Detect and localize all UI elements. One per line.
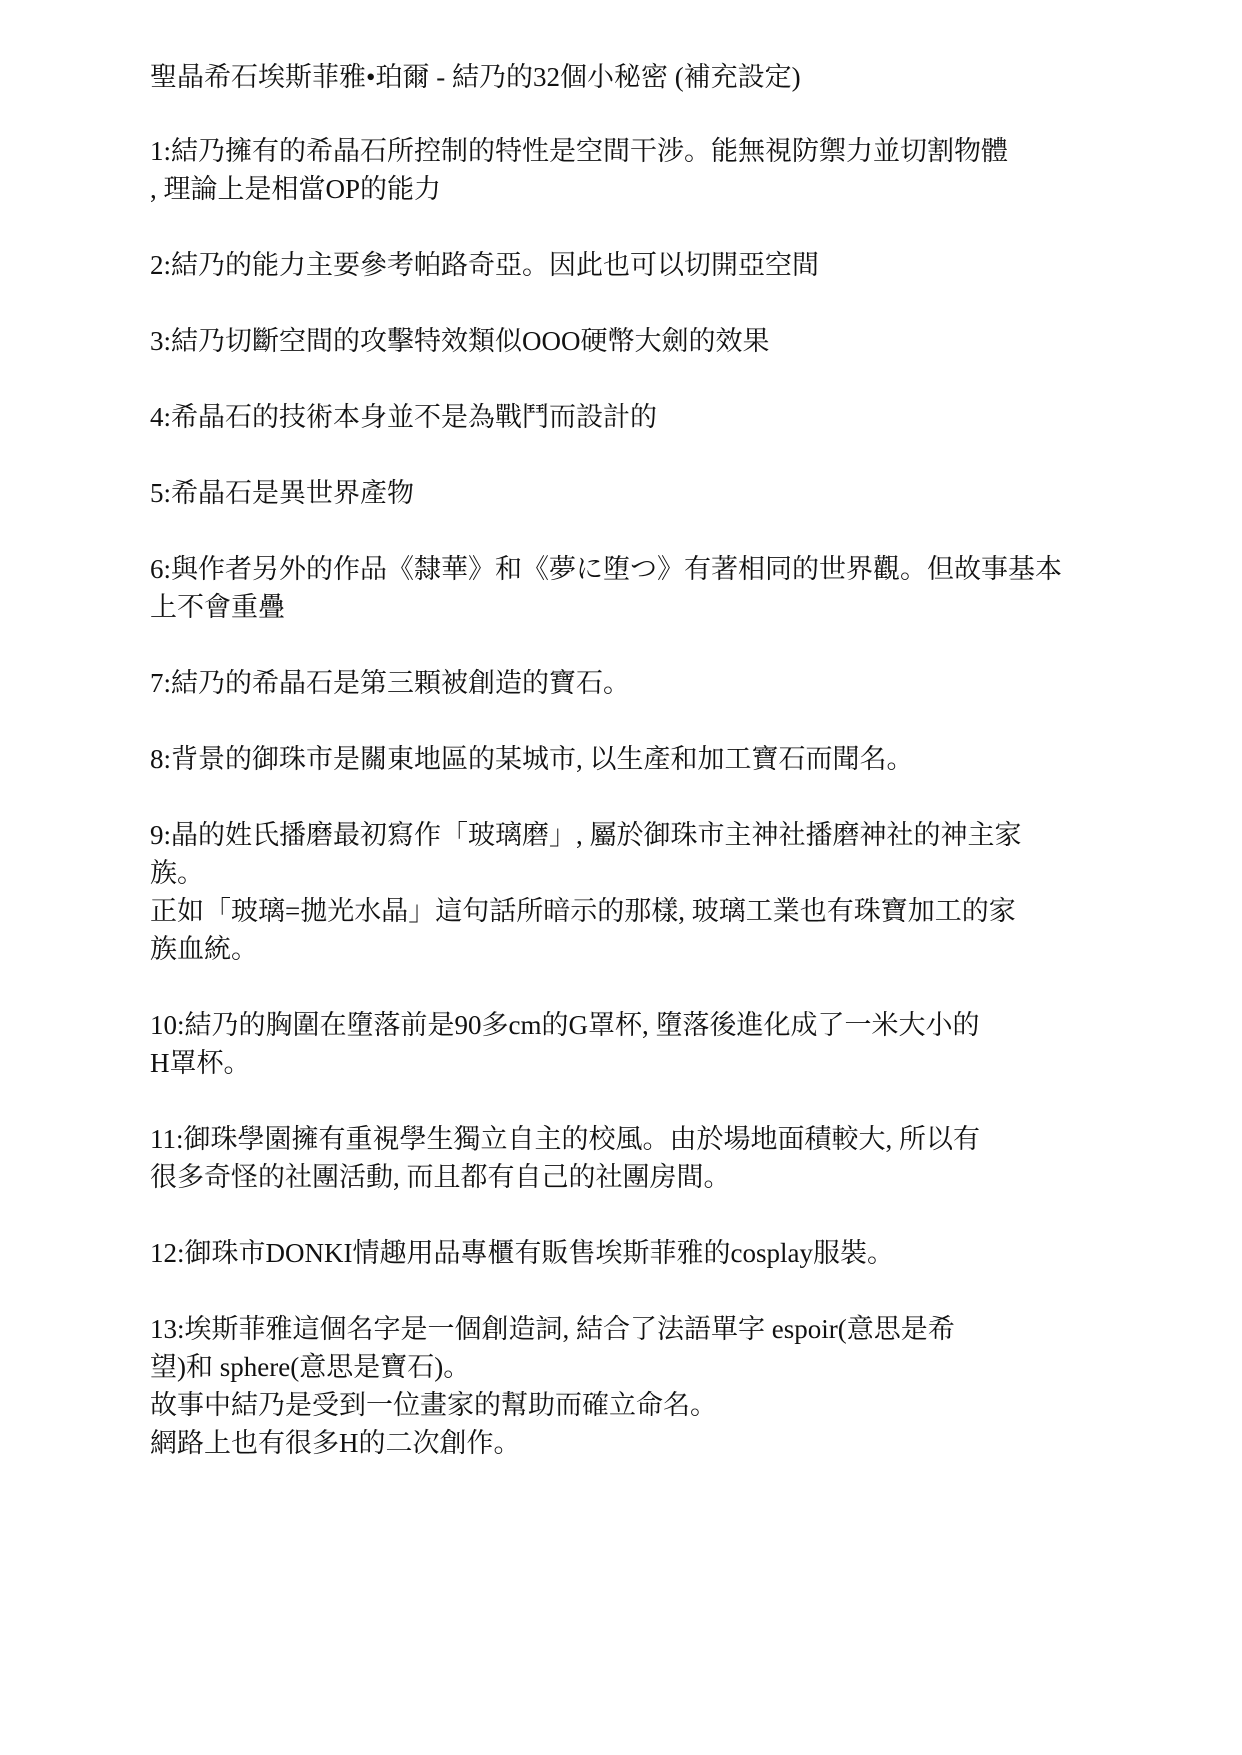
secret-item-13: 13:埃斯菲雅這個名字是一個創造詞, 結合了法語單字 espoir(意思是希 望… bbox=[150, 1310, 1100, 1462]
item-line: H罩杯。 bbox=[150, 1044, 1100, 1082]
item-line: 3:結乃切斷空間的攻擊特效類似OOO硬幣大劍的效果 bbox=[150, 322, 1100, 360]
item-line: 7:結乃的希晶石是第三顆被創造的寶石。 bbox=[150, 664, 1100, 702]
secret-item-3: 3:結乃切斷空間的攻擊特效類似OOO硬幣大劍的效果 bbox=[150, 322, 1100, 360]
secret-item-10: 10:結乃的胸圍在墮落前是90多cm的G罩杯, 墮落後進化成了一米大小的 H罩杯… bbox=[150, 1006, 1100, 1082]
secret-item-6: 6:與作者另外的作品《隸華》和《夢に堕つ》有著相同的世界觀。但故事基本 上不會重… bbox=[150, 550, 1100, 626]
item-line: 望)和 sphere(意思是寶石)。 bbox=[150, 1348, 1100, 1386]
item-line: 族血統。 bbox=[150, 930, 1100, 968]
item-line: 11:御珠學園擁有重視學生獨立自主的校風。由於場地面積較大, 所以有 bbox=[150, 1120, 1100, 1158]
item-line: 13:埃斯菲雅這個名字是一個創造詞, 結合了法語單字 espoir(意思是希 bbox=[150, 1310, 1100, 1348]
item-line: 5:希晶石是異世界產物 bbox=[150, 474, 1100, 512]
secret-item-5: 5:希晶石是異世界產物 bbox=[150, 474, 1100, 512]
item-line: 8:背景的御珠市是關東地區的某城市, 以生產和加工寶石而聞名。 bbox=[150, 740, 1100, 778]
item-line: 6:與作者另外的作品《隸華》和《夢に堕つ》有著相同的世界觀。但故事基本 bbox=[150, 550, 1100, 588]
document-page: 聖晶希石埃斯菲雅•珀爾 - 結乃的32個小秘密 (補充設定) 1:結乃擁有的希晶… bbox=[150, 58, 1100, 1500]
secret-item-11: 11:御珠學園擁有重視學生獨立自主的校風。由於場地面積較大, 所以有 很多奇怪的… bbox=[150, 1120, 1100, 1196]
item-line: 上不會重疊 bbox=[150, 588, 1100, 626]
item-line: , 理論上是相當OP的能力 bbox=[150, 170, 1100, 208]
secret-item-7: 7:結乃的希晶石是第三顆被創造的寶石。 bbox=[150, 664, 1100, 702]
secret-item-8: 8:背景的御珠市是關東地區的某城市, 以生產和加工寶石而聞名。 bbox=[150, 740, 1100, 778]
item-line: 4:希晶石的技術本身並不是為戰鬥而設計的 bbox=[150, 398, 1100, 436]
secret-item-9: 9:晶的姓氏播磨最初寫作「玻璃磨」, 屬於御珠市主神社播磨神社的神主家 族。 正… bbox=[150, 816, 1100, 968]
document-title: 聖晶希石埃斯菲雅•珀爾 - 結乃的32個小秘密 (補充設定) bbox=[150, 58, 1100, 96]
item-line: 族。 bbox=[150, 854, 1100, 892]
item-line: 故事中結乃是受到一位畫家的幫助而確立命名。 bbox=[150, 1386, 1100, 1424]
item-line: 10:結乃的胸圍在墮落前是90多cm的G罩杯, 墮落後進化成了一米大小的 bbox=[150, 1006, 1100, 1044]
secret-item-1: 1:結乃擁有的希晶石所控制的特性是空間干涉。能無視防禦力並切割物體 , 理論上是… bbox=[150, 132, 1100, 208]
item-line: 正如「玻璃=拋光水晶」這句話所暗示的那樣, 玻璃工業也有珠寶加工的家 bbox=[150, 892, 1100, 930]
secret-item-4: 4:希晶石的技術本身並不是為戰鬥而設計的 bbox=[150, 398, 1100, 436]
secret-item-2: 2:結乃的能力主要參考帕路奇亞。因此也可以切開亞空間 bbox=[150, 246, 1100, 284]
item-line: 網路上也有很多H的二次創作。 bbox=[150, 1424, 1100, 1462]
item-line: 12:御珠市DONKI情趣用品專櫃有販售埃斯菲雅的cosplay服裝。 bbox=[150, 1234, 1100, 1272]
secret-item-12: 12:御珠市DONKI情趣用品專櫃有販售埃斯菲雅的cosplay服裝。 bbox=[150, 1234, 1100, 1272]
item-line: 很多奇怪的社團活動, 而且都有自己的社團房間。 bbox=[150, 1158, 1100, 1196]
item-line: 2:結乃的能力主要參考帕路奇亞。因此也可以切開亞空間 bbox=[150, 246, 1100, 284]
item-line: 9:晶的姓氏播磨最初寫作「玻璃磨」, 屬於御珠市主神社播磨神社的神主家 bbox=[150, 816, 1100, 854]
item-line: 1:結乃擁有的希晶石所控制的特性是空間干涉。能無視防禦力並切割物體 bbox=[150, 132, 1100, 170]
